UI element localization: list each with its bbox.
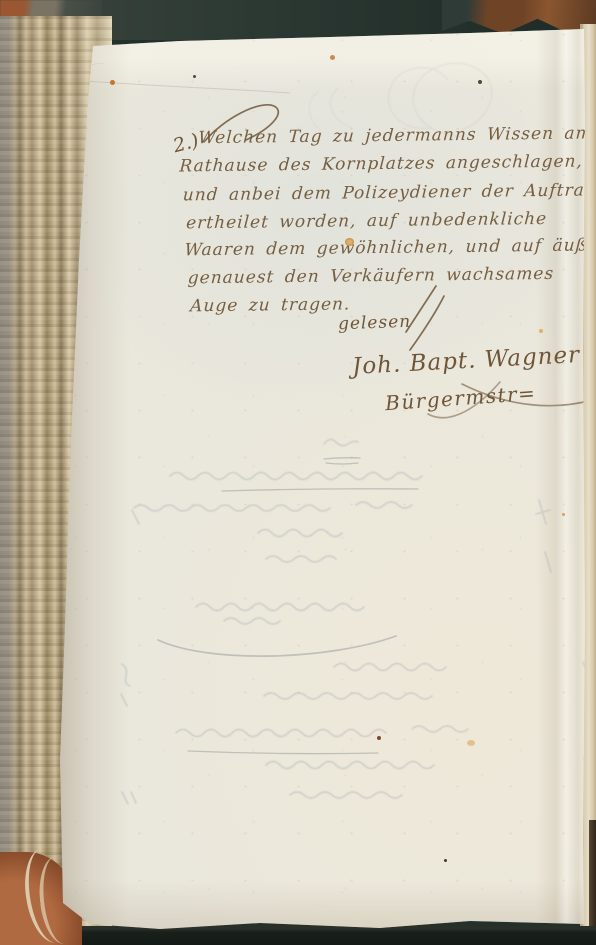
body-line-5: Waaren dem gewöhnlichen, und auf äußerst (184, 235, 596, 260)
binding-bottom-band (0, 926, 596, 945)
entry-item-mark: 2.) (171, 129, 201, 157)
foxing-spot (330, 55, 335, 60)
ink-speck (478, 80, 482, 84)
foxing-spot (539, 329, 543, 333)
body-line-4: ertheilet worden, auf unbedenkliche (186, 209, 548, 233)
ink-speck (444, 859, 447, 862)
ink-speck (193, 75, 196, 78)
foxing-spot (467, 740, 475, 746)
ink-speck (377, 736, 381, 740)
manuscript-scan: 24 2.) Welchen Tag zu jedermanns Wissen … (0, 0, 596, 945)
foxing-spot (562, 513, 565, 516)
body-line-2: Rathause des Kornplatzes angeschlagen, (179, 152, 584, 177)
foxing-spot (345, 238, 354, 246)
body-line-6: genauest den Verkäufern wachsames (187, 264, 554, 288)
foxing-spot (110, 80, 115, 85)
read-annotation: gelesen (338, 312, 412, 335)
body-line-1: Welchen Tag zu jedermanns Wissen am (198, 123, 594, 148)
manuscript-page: 24 2.) Welchen Tag zu jedermanns Wissen … (0, 0, 596, 945)
body-line-3: und anbei dem Polizeydiener der Auftrag (182, 180, 596, 205)
body-line-7: Auge zu tragen. (190, 294, 351, 316)
